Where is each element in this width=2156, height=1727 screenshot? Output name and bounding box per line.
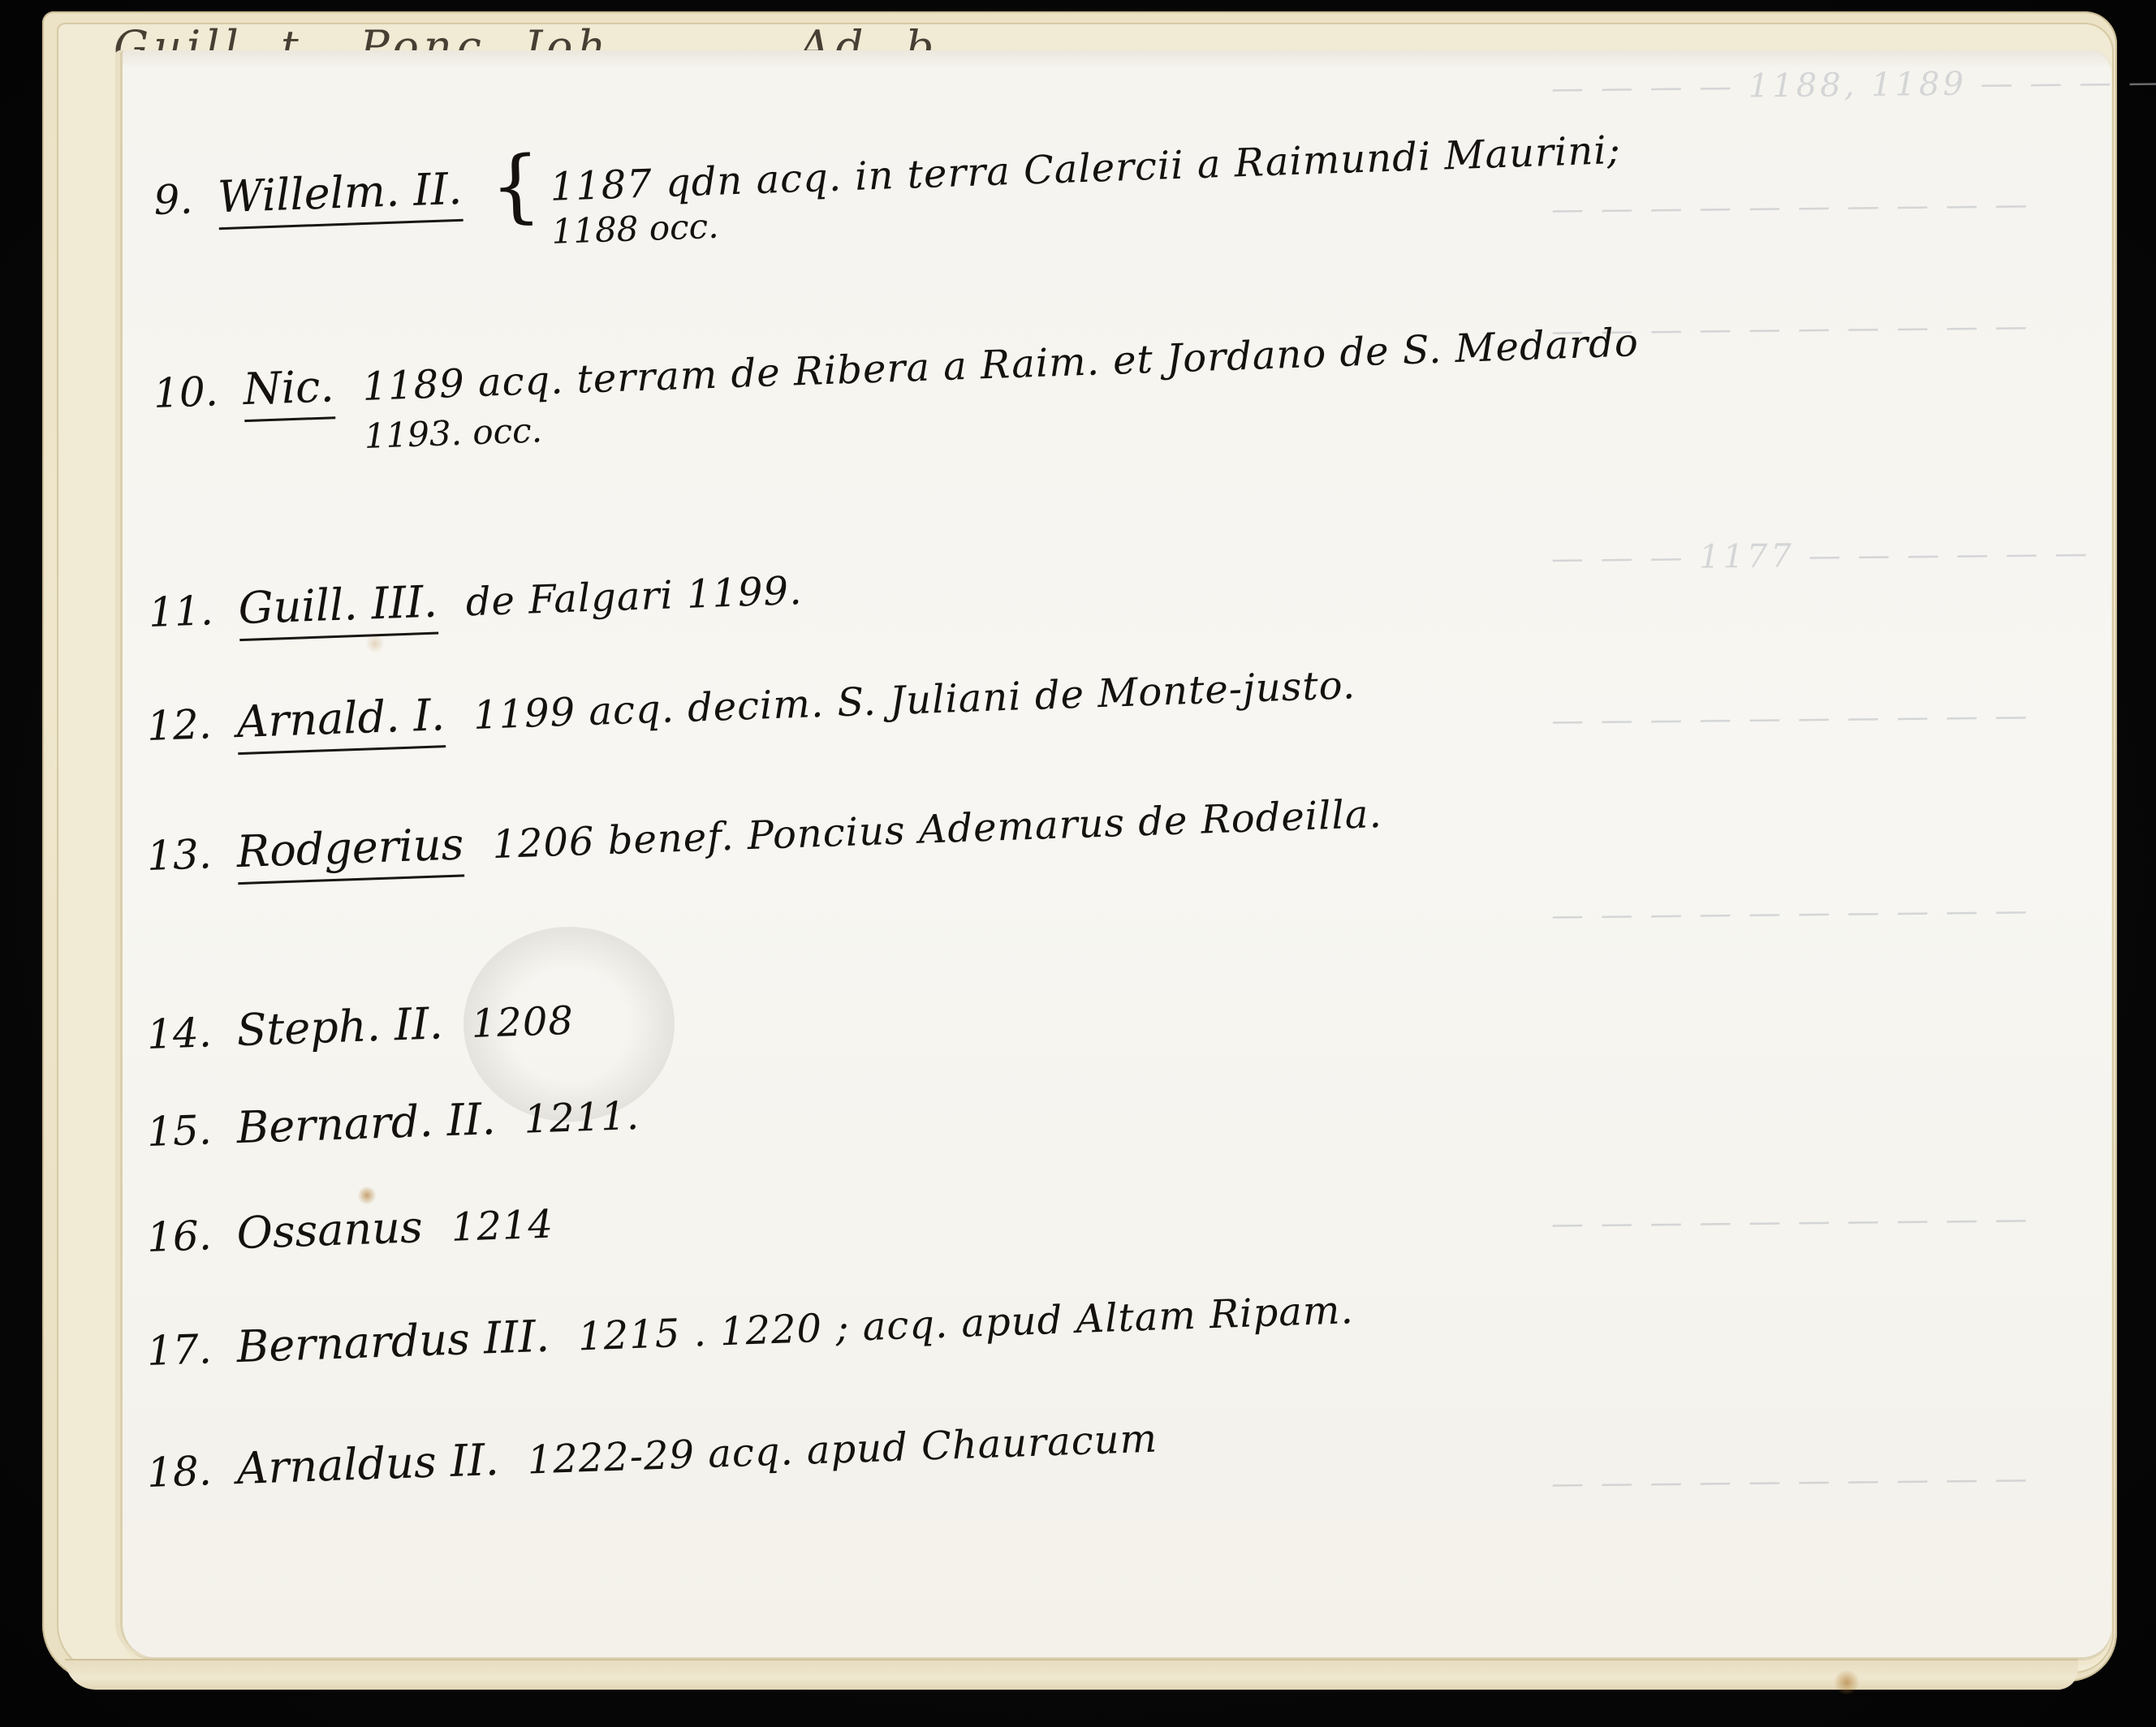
stacked-page-edges <box>65 1659 2078 1690</box>
foxing-spot <box>366 635 384 652</box>
bleed-through-line: — — — — — — — — — — <box>1551 697 2031 739</box>
entry-text: 1214 <box>451 1202 554 1251</box>
entry-12: 12. Arnald. I. 1199 acq. decim. S. Julia… <box>146 657 1356 751</box>
entry-name: Bernardus III. <box>235 1311 550 1377</box>
entry-text: 1222-29 acq. apud Chauracum <box>527 1416 1158 1484</box>
foxing-spot <box>358 1187 376 1204</box>
entry-number: 12. <box>146 700 213 750</box>
foxing-spot <box>1835 1670 1859 1695</box>
entry-number: 16. <box>146 1212 213 1261</box>
entry-name: Willelm. II. <box>217 163 463 230</box>
bleed-through-line: — — — — — — — — — — <box>1551 892 2031 934</box>
entry-name: Rodgerius <box>235 818 464 885</box>
entry-number: 18. <box>146 1447 213 1497</box>
entry-18: 18. Arnaldus II. 1222-29 acq. apud Chaur… <box>146 1411 1158 1497</box>
entry-9: 9. Willelm. II. { 1187 qdn acq. in terra… <box>152 97 1621 227</box>
entry-11: 11. Guill. III. de Falgari 1199. <box>148 563 803 637</box>
entry-name: Steph. II. <box>235 997 443 1061</box>
entry-text: 1208 <box>471 998 575 1047</box>
entry-text: 1199 acq. decim. S. Juliani de Monte-jus… <box>472 662 1356 739</box>
manuscript-page: — — — — 1188, 1189 — — — — — — — — — — —… <box>120 50 2111 1657</box>
entry-13: 13. Rodgerius 1206 benef. Poncius Ademar… <box>146 786 1383 881</box>
entry-number: 10. <box>153 368 219 417</box>
bleed-through-line: — — — — 1188, 1189 — — — — <box>1551 63 2156 107</box>
entry-15: 15. Bernard. II. 1211. <box>146 1088 640 1156</box>
entry-text: 1211. <box>524 1093 640 1143</box>
bleed-through-line: — — — 1177 — — — — — — <box>1551 535 2091 578</box>
bleed-through-line: — — — — — — — — — — <box>1551 1460 2031 1502</box>
entry-16: 16. Ossanus 1214 <box>146 1197 554 1262</box>
entry-name: Ossanus <box>235 1201 423 1264</box>
entry-text: 1215 . 1220 ; acq. apud Altam Ripam. <box>577 1287 1354 1359</box>
entry-name: Nic. <box>242 360 334 422</box>
bleed-through-line: — — — — — — — — — — <box>1551 1200 2031 1242</box>
entry-name: Bernard. II. <box>235 1093 496 1158</box>
entry-name: Arnald. I. <box>235 689 446 755</box>
entry-subline: 1193. occ. <box>364 410 543 456</box>
entry-number: 14. <box>146 1009 213 1058</box>
brace-glyph: { <box>489 139 542 233</box>
entry-name: Arnaldus II. <box>235 1434 499 1499</box>
entry-text: de Falgari 1199. <box>465 568 803 625</box>
entry-number: 9. <box>153 175 194 224</box>
entry-text: 1206 benef. Poncius Ademarus de Rodeilla… <box>491 791 1382 868</box>
entry-number: 15. <box>146 1106 213 1156</box>
entry-number: 11. <box>148 587 214 636</box>
bleed-through-line: — — — — — — — — — — <box>1551 186 2031 228</box>
entry-number: 13. <box>146 830 213 880</box>
entry-text: 1189 acq. terram de Ribera a Raim. et Jo… <box>362 320 1640 410</box>
entry-text: 1187 qdn acq. in terra Calercii a Raimun… <box>550 127 1622 210</box>
entry-name: Guill. III. <box>237 576 438 642</box>
entry-subline: 1188 occ. <box>551 206 720 252</box>
scan-background: Guill. t . Ponc. Joh. . . . . Ad. b — — … <box>0 0 2156 1727</box>
entry-17: 17. Bernardus III. 1215 . 1220 ; acq. ap… <box>146 1282 1355 1376</box>
entry-number: 17. <box>146 1325 213 1375</box>
entry-10: 10. Nic. 1189 acq. terram de Ribera a Ra… <box>153 315 1640 418</box>
